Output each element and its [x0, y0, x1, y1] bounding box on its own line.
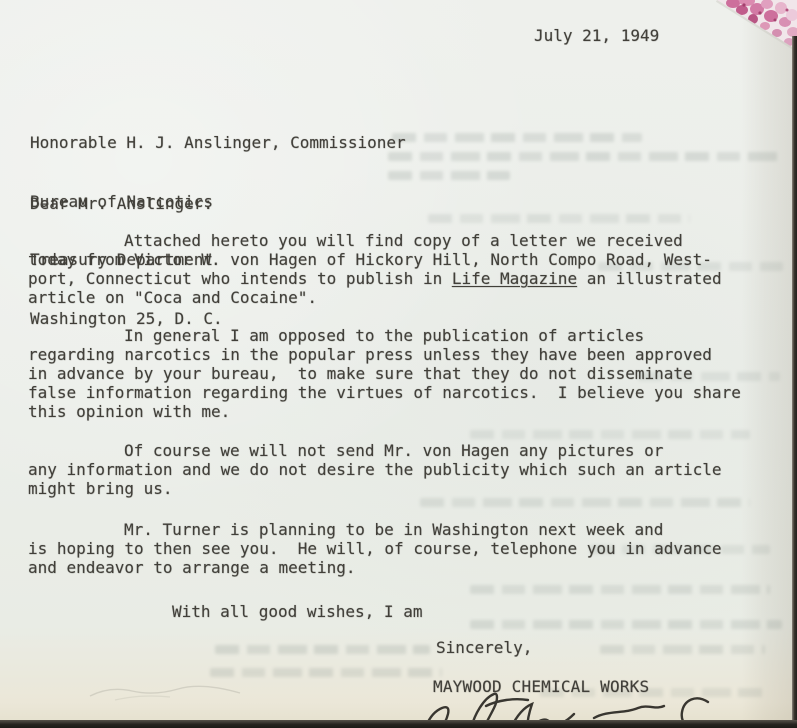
bleed-through-text: [210, 668, 442, 677]
bleed-through-text: [600, 645, 765, 654]
recipient-line-1: Honorable H. J. Anslinger, Commissioner: [30, 133, 406, 153]
photo-edge-bottom: [0, 720, 797, 728]
bleed-through-text: [470, 620, 782, 629]
signoff: Sincerely,: [436, 638, 532, 657]
bleed-through-text: [420, 498, 750, 507]
pink-corner-pattern: [697, 0, 797, 64]
date-line: July 21, 1949: [534, 26, 659, 45]
bleed-through-text: [388, 171, 510, 180]
bleed-through-text: [392, 133, 642, 142]
letter-page: July 21, 1949 Honorable H. J. Anslinger,…: [0, 0, 797, 728]
paragraph-1: Attached hereto you will find copy of a …: [28, 231, 722, 307]
bleed-through-text: [215, 645, 430, 654]
salutation: Dear Mr. Anslinger:: [30, 194, 213, 213]
pencil-smudge: [85, 680, 255, 704]
bleed-through-text: [470, 585, 770, 594]
bleed-through-text: [388, 152, 780, 161]
bleed-through-text: [428, 214, 690, 223]
paragraph-4: Mr. Turner is planning to be in Washingt…: [28, 520, 722, 577]
bleed-through-text: [470, 430, 750, 439]
photo-edge-right: [792, 36, 797, 728]
underlined-phrase: Life Magazine: [452, 269, 577, 288]
closing-line: With all good wishes, I am: [172, 602, 422, 621]
paragraph-2: In general I am opposed to the publicati…: [28, 326, 741, 421]
paragraph-3: Of course we will not send Mr. von Hagen…: [28, 441, 722, 498]
